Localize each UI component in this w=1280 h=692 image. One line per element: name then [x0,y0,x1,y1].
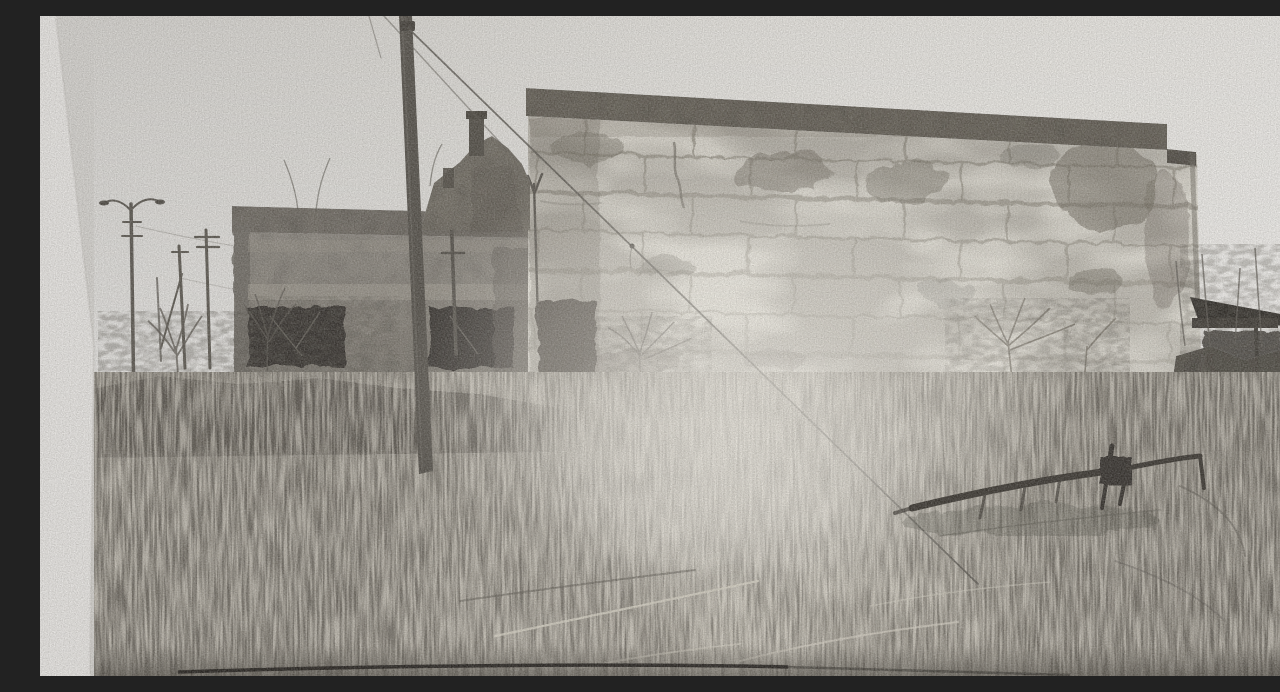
grain-overlay [40,16,1280,676]
scanned-photograph: scanned black-and-white print with heavy… [40,16,1280,676]
photo-scene: Black-and-white photocopied photograph o… [40,16,1280,676]
grain-light [40,16,1280,676]
